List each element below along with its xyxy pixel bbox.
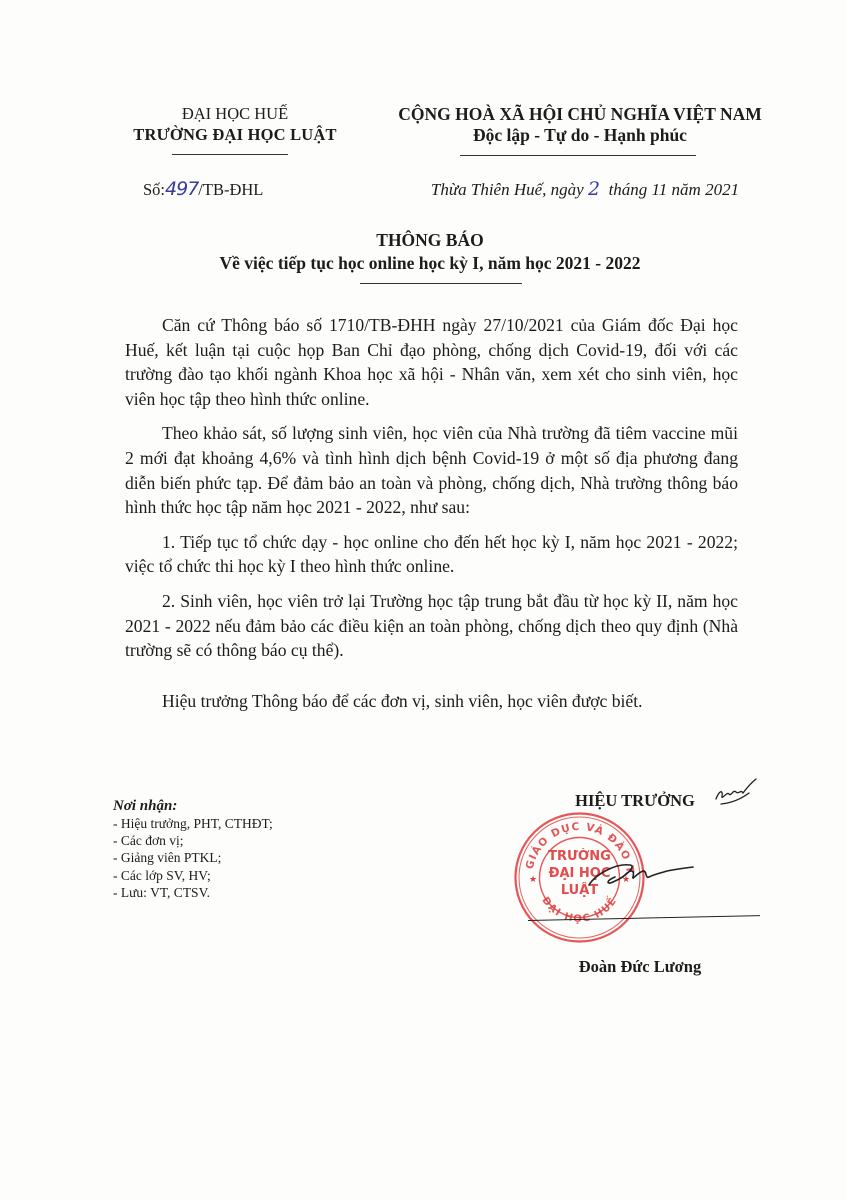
body-paragraph: Căn cứ Thông báo số 1710/TB-ĐHH ngày 27/… bbox=[125, 313, 738, 411]
organization-underline bbox=[172, 154, 288, 155]
body-paragraph: Theo khảo sát, số lượng sinh viên, học v… bbox=[125, 421, 738, 519]
document-date: Thừa Thiên Huế, ngày 2 tháng 11 năm 2021 bbox=[395, 178, 775, 200]
date-place: Thừa Thiên Huế, ngày bbox=[431, 180, 588, 199]
document-title: THÔNG BÁO bbox=[180, 230, 680, 251]
organization-name: TRƯỜNG ĐẠI HỌC LUẬT bbox=[100, 125, 370, 145]
handwritten-signature-icon bbox=[585, 855, 695, 895]
document-number: Số:497/TB-ĐHL bbox=[143, 178, 263, 200]
signature-title: HIỆU TRƯỞNG bbox=[555, 791, 715, 811]
handwritten-number: 497 bbox=[165, 178, 198, 200]
body-paragraph: 1. Tiếp tục tổ chức dạy - học online cho… bbox=[125, 530, 738, 579]
handwritten-initials-icon bbox=[713, 777, 759, 807]
document-body: Căn cứ Thông báo số 1710/TB-ĐHH ngày 27/… bbox=[125, 313, 738, 723]
recipient-item: - Các đơn vị; bbox=[113, 832, 353, 849]
closing-paragraph: Hiệu trưởng Thông báo để các đơn vị, sin… bbox=[125, 689, 738, 714]
recipient-item: - Hiệu trưởng, PHT, CTHĐT; bbox=[113, 815, 353, 832]
recipients-block: Nơi nhận: - Hiệu trưởng, PHT, CTHĐT; - C… bbox=[113, 797, 353, 901]
signer-name: Đoàn Đức Lương bbox=[545, 957, 735, 977]
handwritten-day: 2 bbox=[588, 178, 600, 200]
motto-underline bbox=[460, 155, 696, 156]
recipient-item: - Lưu: VT, CTSV. bbox=[113, 884, 353, 901]
document-subtitle: Về việc tiếp tục học online học kỳ I, nă… bbox=[150, 253, 710, 274]
svg-text:★: ★ bbox=[529, 875, 537, 885]
date-rest: tháng 11 năm 2021 bbox=[600, 180, 739, 199]
recipients-label: Nơi nhận: bbox=[113, 797, 353, 815]
recipient-item: - Các lớp SV, HV; bbox=[113, 867, 353, 884]
document-number-prefix: Số: bbox=[143, 180, 165, 199]
national-title: CỘNG HOÀ XÃ HỘI CHỦ NGHĨA VIỆT NAM bbox=[370, 104, 790, 125]
parent-organization: ĐẠI HỌC HUẾ bbox=[120, 104, 350, 124]
title-underline bbox=[360, 283, 522, 284]
recipient-item: - Giảng viên PTKL; bbox=[113, 849, 353, 866]
document-number-suffix: /TB-ĐHL bbox=[198, 180, 263, 199]
body-paragraph: 2. Sinh viên, học viên trở lại Trường họ… bbox=[125, 589, 738, 663]
national-motto: Độc lập - Tự do - Hạnh phúc bbox=[370, 125, 790, 146]
